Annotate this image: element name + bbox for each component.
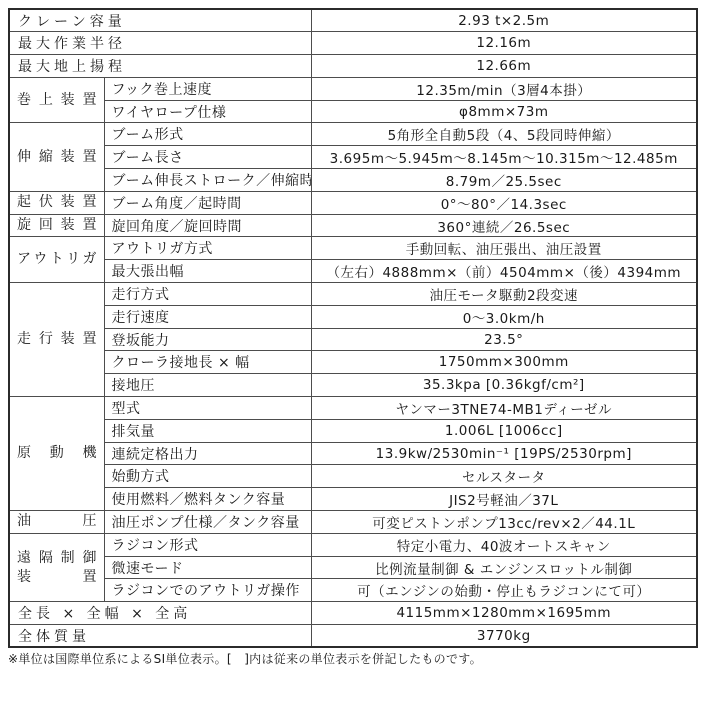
spec-sublabel-cell: 登坂能力 [104,328,311,351]
spec-sublabel-cell: ブーム長さ [104,146,311,169]
units-footnote: ※単位は国際単位系によるSI単位表示。[ ]内は従来の単位表示を併記したものです… [8,650,696,667]
spec-value-cell: 12.66m [311,55,697,78]
table-row: 全体質量 3770kg [9,625,697,648]
spec-sublabel-cell: 連続定格出力 [104,442,311,465]
table-row: 原動機 型式 ヤンマー3TNE74-MB1ディーゼル [9,397,697,420]
spec-value-cell: セルスタータ [311,465,697,488]
spec-sublabel-cell: フック巻上速度 [104,77,311,100]
spec-sublabel-cell: 排気量 [104,419,311,442]
table-row: 最大地上揚程 12.66m [9,55,697,78]
spec-value-cell: 8.79m／25.5sec [311,169,697,192]
spec-value-cell: 特定小電力、40波オートスキャン [311,533,697,556]
spec-sublabel-cell: 微速モード [104,556,311,579]
spec-group-cell: 走行装置 [9,283,104,397]
table-row: 起伏装置 ブーム角度／起時間 0°～80°／14.3sec [9,191,697,214]
table-row: 最大作業半径 12.16m [9,32,697,55]
table-row: 最大張出幅 （左右）4888mm×（前）4504mm×（後）4394mm [9,260,697,283]
spec-sublabel-cell: ラジコンでのアウトリガ操作 [104,579,311,602]
spec-sublabel-cell: 油圧ポンプ仕様／タンク容量 [104,511,311,534]
spec-sublabel-cell: ブーム角度／起時間 [104,191,311,214]
table-row: 登坂能力 23.5° [9,328,697,351]
table-row: 連続定格出力 13.9kw/2530min⁻¹ [19PS/2530rpm] [9,442,697,465]
table-row: アウトリガ アウトリガ方式 手動回転、油圧張出、油圧設置 [9,237,697,260]
spec-label-cell: クレーン容量 [9,9,311,32]
spec-value-cell: 1.006L [1006cc] [311,419,697,442]
spec-value-cell: 可（エンジンの始動・停止もラジコンにて可） [311,579,697,602]
spec-value-cell: 3770kg [311,625,697,648]
spec-group-cell: 原動機 [9,397,104,511]
spec-sublabel-cell: アウトリガ方式 [104,237,311,260]
spec-sublabel-cell: 走行方式 [104,283,311,306]
spec-value-cell: 0°～80°／14.3sec [311,191,697,214]
table-row: 巻上装置 フック巻上速度 12.35m/min（3層4本掛） [9,77,697,100]
spec-sublabel-cell: 使用燃料／燃料タンク容量 [104,488,311,511]
table-row: 微速モード 比例流量制御 & エンジンスロットル制御 [9,556,697,579]
spec-label-cell: 全長 × 全幅 × 全高 [9,602,311,625]
table-row: 遠隔制御 装置 ラジコン形式 特定小電力、40波オートスキャン [9,533,697,556]
spec-label-cell: 最大作業半径 [9,32,311,55]
spec-sublabel-cell: 型式 [104,397,311,420]
table-row: ワイヤロープ仕様 φ8mm×73m [9,100,697,123]
table-row: 接地圧 35.3kpa [0.36kgf/cm²] [9,374,697,397]
spec-value-cell: 比例流量制御 & エンジンスロットル制御 [311,556,697,579]
table-row: 始動方式 セルスタータ [9,465,697,488]
spec-value-cell: 3.695m～5.945m～8.145m～10.315m～12.485m [311,146,697,169]
spec-value-cell: 手動回転、油圧張出、油圧設置 [311,237,697,260]
spec-value-cell: 可変ピストンポンプ13cc/rev×2／44.1L [311,511,697,534]
spec-value-cell: ヤンマー3TNE74-MB1ディーゼル [311,397,697,420]
table-row: クレーン容量 2.93 t×2.5m [9,9,697,32]
spec-group-cell: 油圧 [9,511,104,534]
table-row: 油圧 油圧ポンプ仕様／タンク容量 可変ピストンポンプ13cc/rev×2／44.… [9,511,697,534]
table-row: クローラ接地長 × 幅 1750mm×300mm [9,351,697,374]
table-row: 旋回装置 旋回角度／旋回時間 360°連続／26.5sec [9,214,697,237]
spec-value-cell: 360°連続／26.5sec [311,214,697,237]
spec-sublabel-cell: 始動方式 [104,465,311,488]
spec-value-cell: 1750mm×300mm [311,351,697,374]
spec-value-cell: 13.9kw/2530min⁻¹ [19PS/2530rpm] [311,442,697,465]
spec-group-cell: 遠隔制御 装置 [9,533,104,601]
spec-label-cell: 全体質量 [9,625,311,648]
spec-sublabel-cell: 旋回角度／旋回時間 [104,214,311,237]
spec-value-cell: 0～3.0km/h [311,305,697,328]
spec-sublabel-cell: クローラ接地長 × 幅 [104,351,311,374]
spec-value-cell: 5角形全自動5段（4、5段同時伸縮） [311,123,697,146]
table-row: 排気量 1.006L [1006cc] [9,419,697,442]
table-row: 全長 × 全幅 × 全高 4115mm×1280mm×1695mm [9,602,697,625]
spec-sublabel-cell: 走行速度 [104,305,311,328]
spec-group-cell: 伸縮装置 [9,123,104,191]
spec-value-cell: 23.5° [311,328,697,351]
spec-value-cell: 油圧モータ駆動2段変速 [311,283,697,306]
spec-value-cell: φ8mm×73m [311,100,697,123]
spec-group-cell: アウトリガ [9,237,104,283]
spec-value-cell: 35.3kpa [0.36kgf/cm²] [311,374,697,397]
table-row: 走行装置 走行方式 油圧モータ駆動2段変速 [9,283,697,306]
table-row: 伸縮装置 ブーム形式 5角形全自動5段（4、5段同時伸縮） [9,123,697,146]
spec-group-cell: 起伏装置 [9,191,104,214]
spec-sublabel-cell: ブーム伸長ストローク／伸縮時間 [104,169,311,192]
spec-value-cell: 2.93 t×2.5m [311,9,697,32]
table-row: 使用燃料／燃料タンク容量 JIS2号軽油／37L [9,488,697,511]
spec-sublabel-cell: ブーム形式 [104,123,311,146]
spec-value-cell: 4115mm×1280mm×1695mm [311,602,697,625]
spec-sublabel-cell: 最大張出幅 [104,260,311,283]
table-row: ブーム伸長ストローク／伸縮時間 8.79m／25.5sec [9,169,697,192]
spec-sublabel-cell: 接地圧 [104,374,311,397]
spec-sublabel-cell: ワイヤロープ仕様 [104,100,311,123]
spec-value-cell: （左右）4888mm×（前）4504mm×（後）4394mm [311,260,697,283]
crane-spec-table: クレーン容量 2.93 t×2.5m 最大作業半径 12.16m 最大地上揚程 … [8,8,698,648]
table-row: ブーム長さ 3.695m～5.945m～8.145m～10.315m～12.48… [9,146,697,169]
table-row: ラジコンでのアウトリガ操作 可（エンジンの始動・停止もラジコンにて可） [9,579,697,602]
spec-sublabel-cell: ラジコン形式 [104,533,311,556]
spec-value-cell: JIS2号軽油／37L [311,488,697,511]
spec-value-cell: 12.16m [311,32,697,55]
spec-value-cell: 12.35m/min（3層4本掛） [311,77,697,100]
table-row: 走行速度 0～3.0km/h [9,305,697,328]
spec-label-cell: 最大地上揚程 [9,55,311,78]
spec-group-cell: 旋回装置 [9,214,104,237]
spec-group-cell: 巻上装置 [9,77,104,123]
